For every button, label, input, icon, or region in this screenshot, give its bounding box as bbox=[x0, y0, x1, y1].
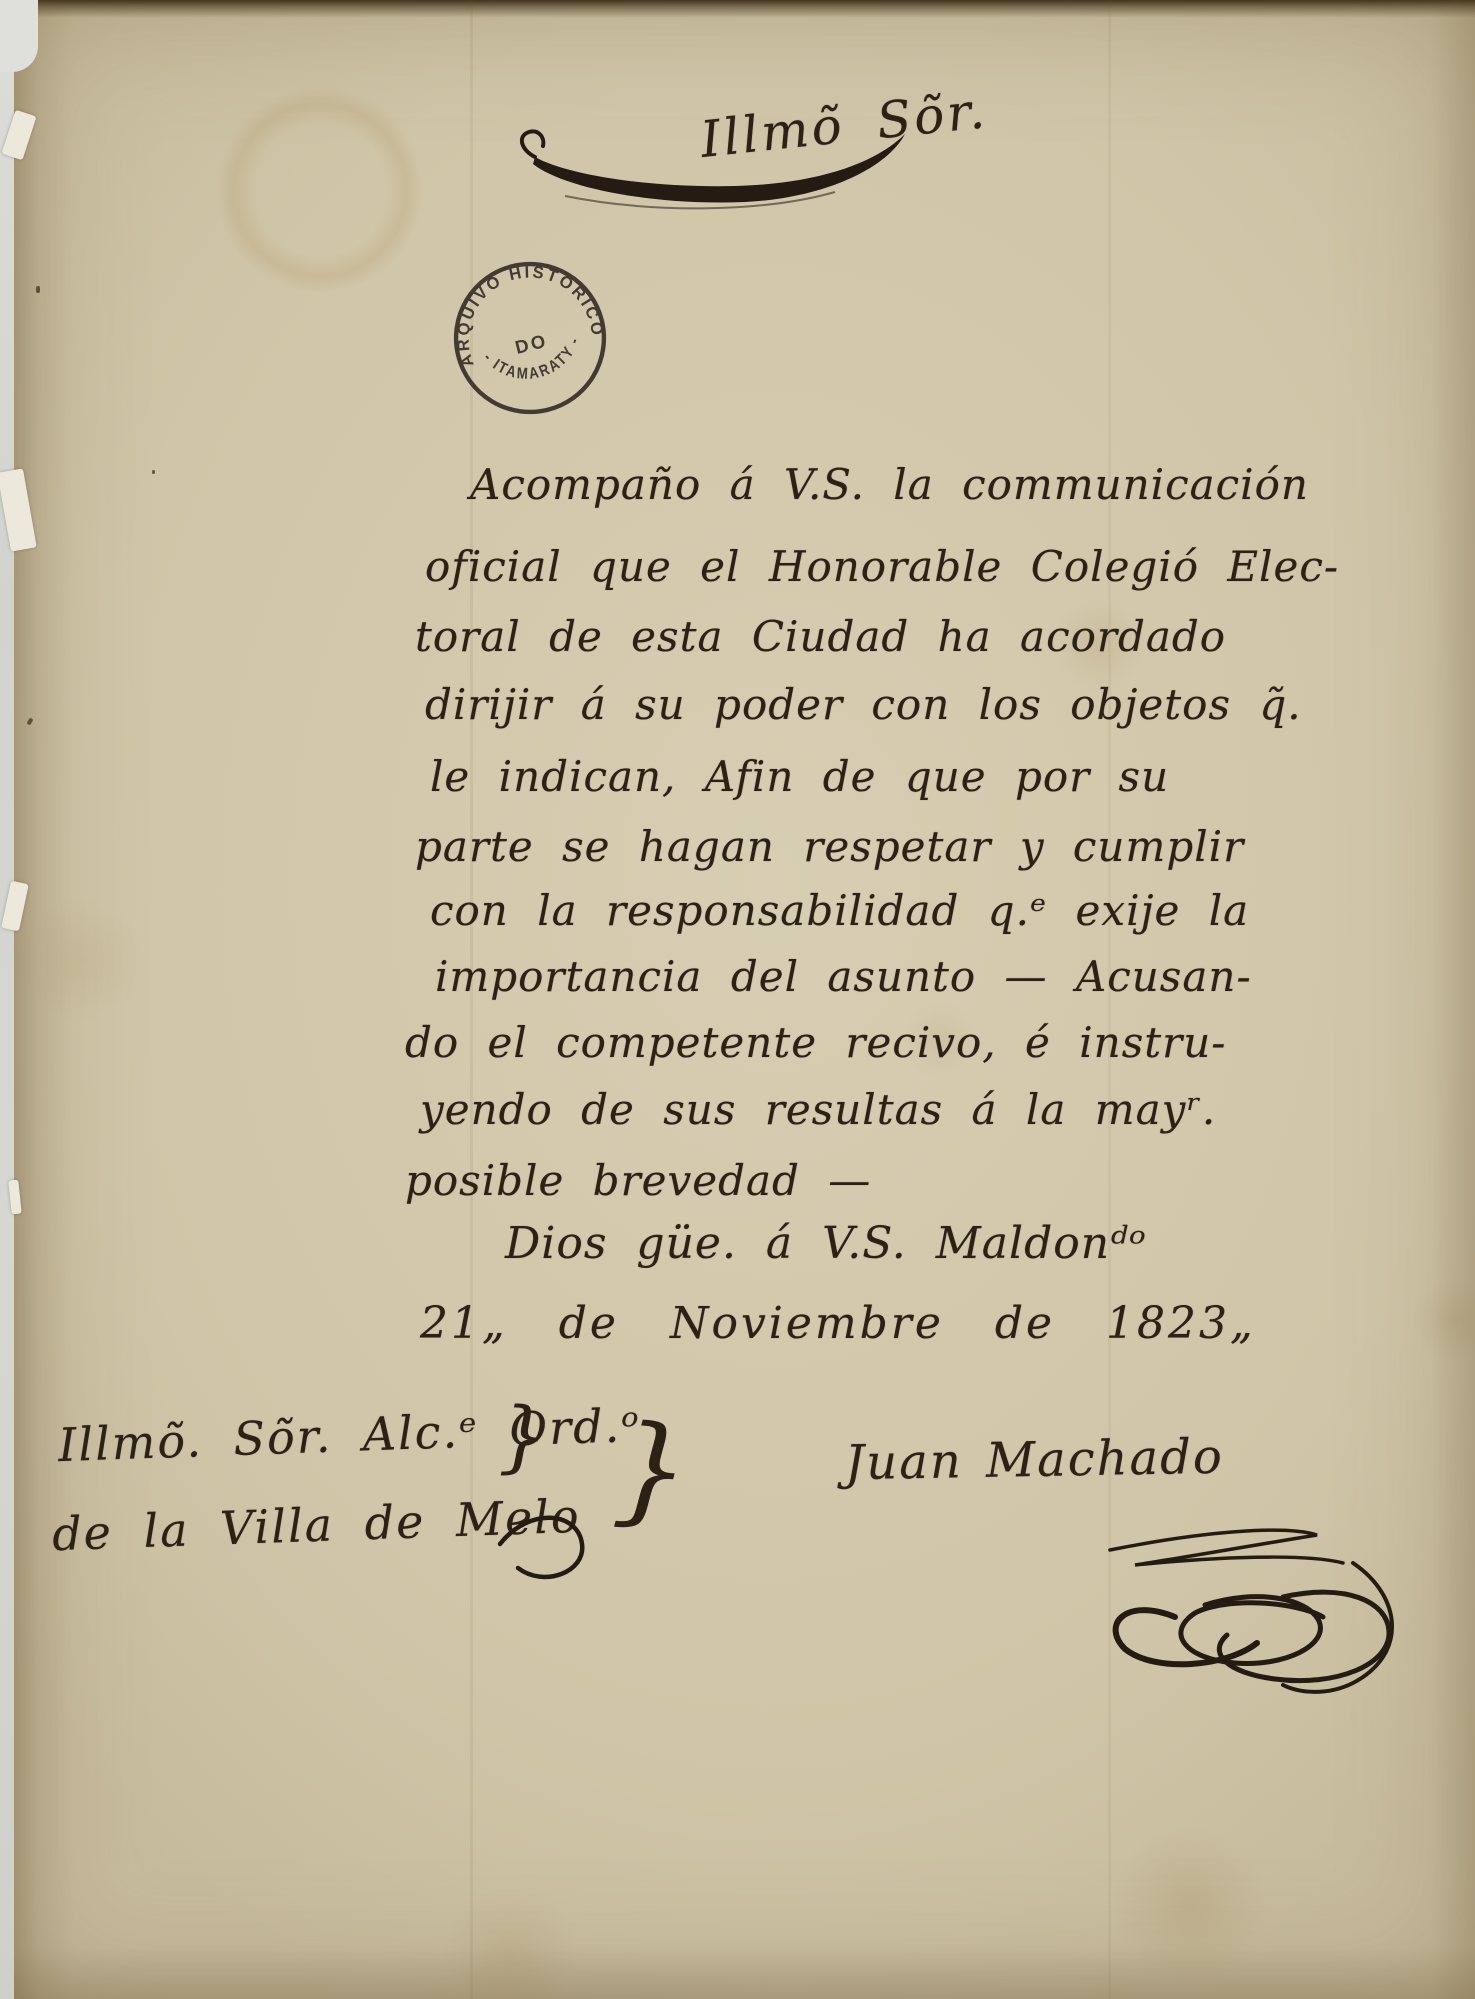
stamp-center-text: DO bbox=[513, 329, 550, 357]
body-line-5: le indican, Afin de que por su bbox=[430, 752, 1169, 801]
date-line: 21„ de Noviembre de 1823„ bbox=[420, 1298, 1256, 1349]
closing-valediction: Dios güe. á V.S. Maldonᵈᵒ bbox=[505, 1218, 1147, 1269]
scanner-corner bbox=[0, 0, 38, 72]
signature-name: Juan Machado bbox=[845, 1429, 1225, 1492]
ink-speck bbox=[152, 470, 155, 474]
signature-rubric bbox=[1055, 1505, 1415, 1700]
body-line-1: Acompaño á V.S. la communicación bbox=[470, 460, 1309, 509]
body-line-4: dirijir á su poder con los objetos q̃. bbox=[425, 680, 1302, 729]
ink-speck bbox=[36, 286, 40, 293]
body-line-2: oficial que el Honorable Colegió Elec- bbox=[425, 542, 1339, 591]
body-line-9: do el competente recivo, é instru- bbox=[405, 1018, 1226, 1067]
body-line-3: toral de esta Ciudad ha acordado bbox=[415, 612, 1226, 661]
addressee-brace-large: } bbox=[609, 1398, 694, 1541]
scanned-letter-page: Illmõ Sõr. ARQUIVO HISTÓRICO - ITAMARATY… bbox=[0, 0, 1475, 1999]
melo-tail-flourish bbox=[492, 1498, 602, 1598]
body-line-11: posible brevedad — bbox=[405, 1156, 871, 1205]
body-line-7: con la responsabilidad q.ᵉ exije la bbox=[430, 886, 1249, 935]
flourish-hook bbox=[522, 131, 543, 157]
addressee-brace-small: } bbox=[498, 1392, 548, 1482]
body-line-6: parte se hagan respetar y cumplir bbox=[415, 822, 1244, 871]
body-line-10: yendo de sus resultas á la mayʳ. bbox=[420, 1085, 1216, 1134]
scanner-background-strip bbox=[0, 0, 14, 1999]
body-line-8: importancia del asunto — Acusan- bbox=[435, 952, 1252, 1001]
